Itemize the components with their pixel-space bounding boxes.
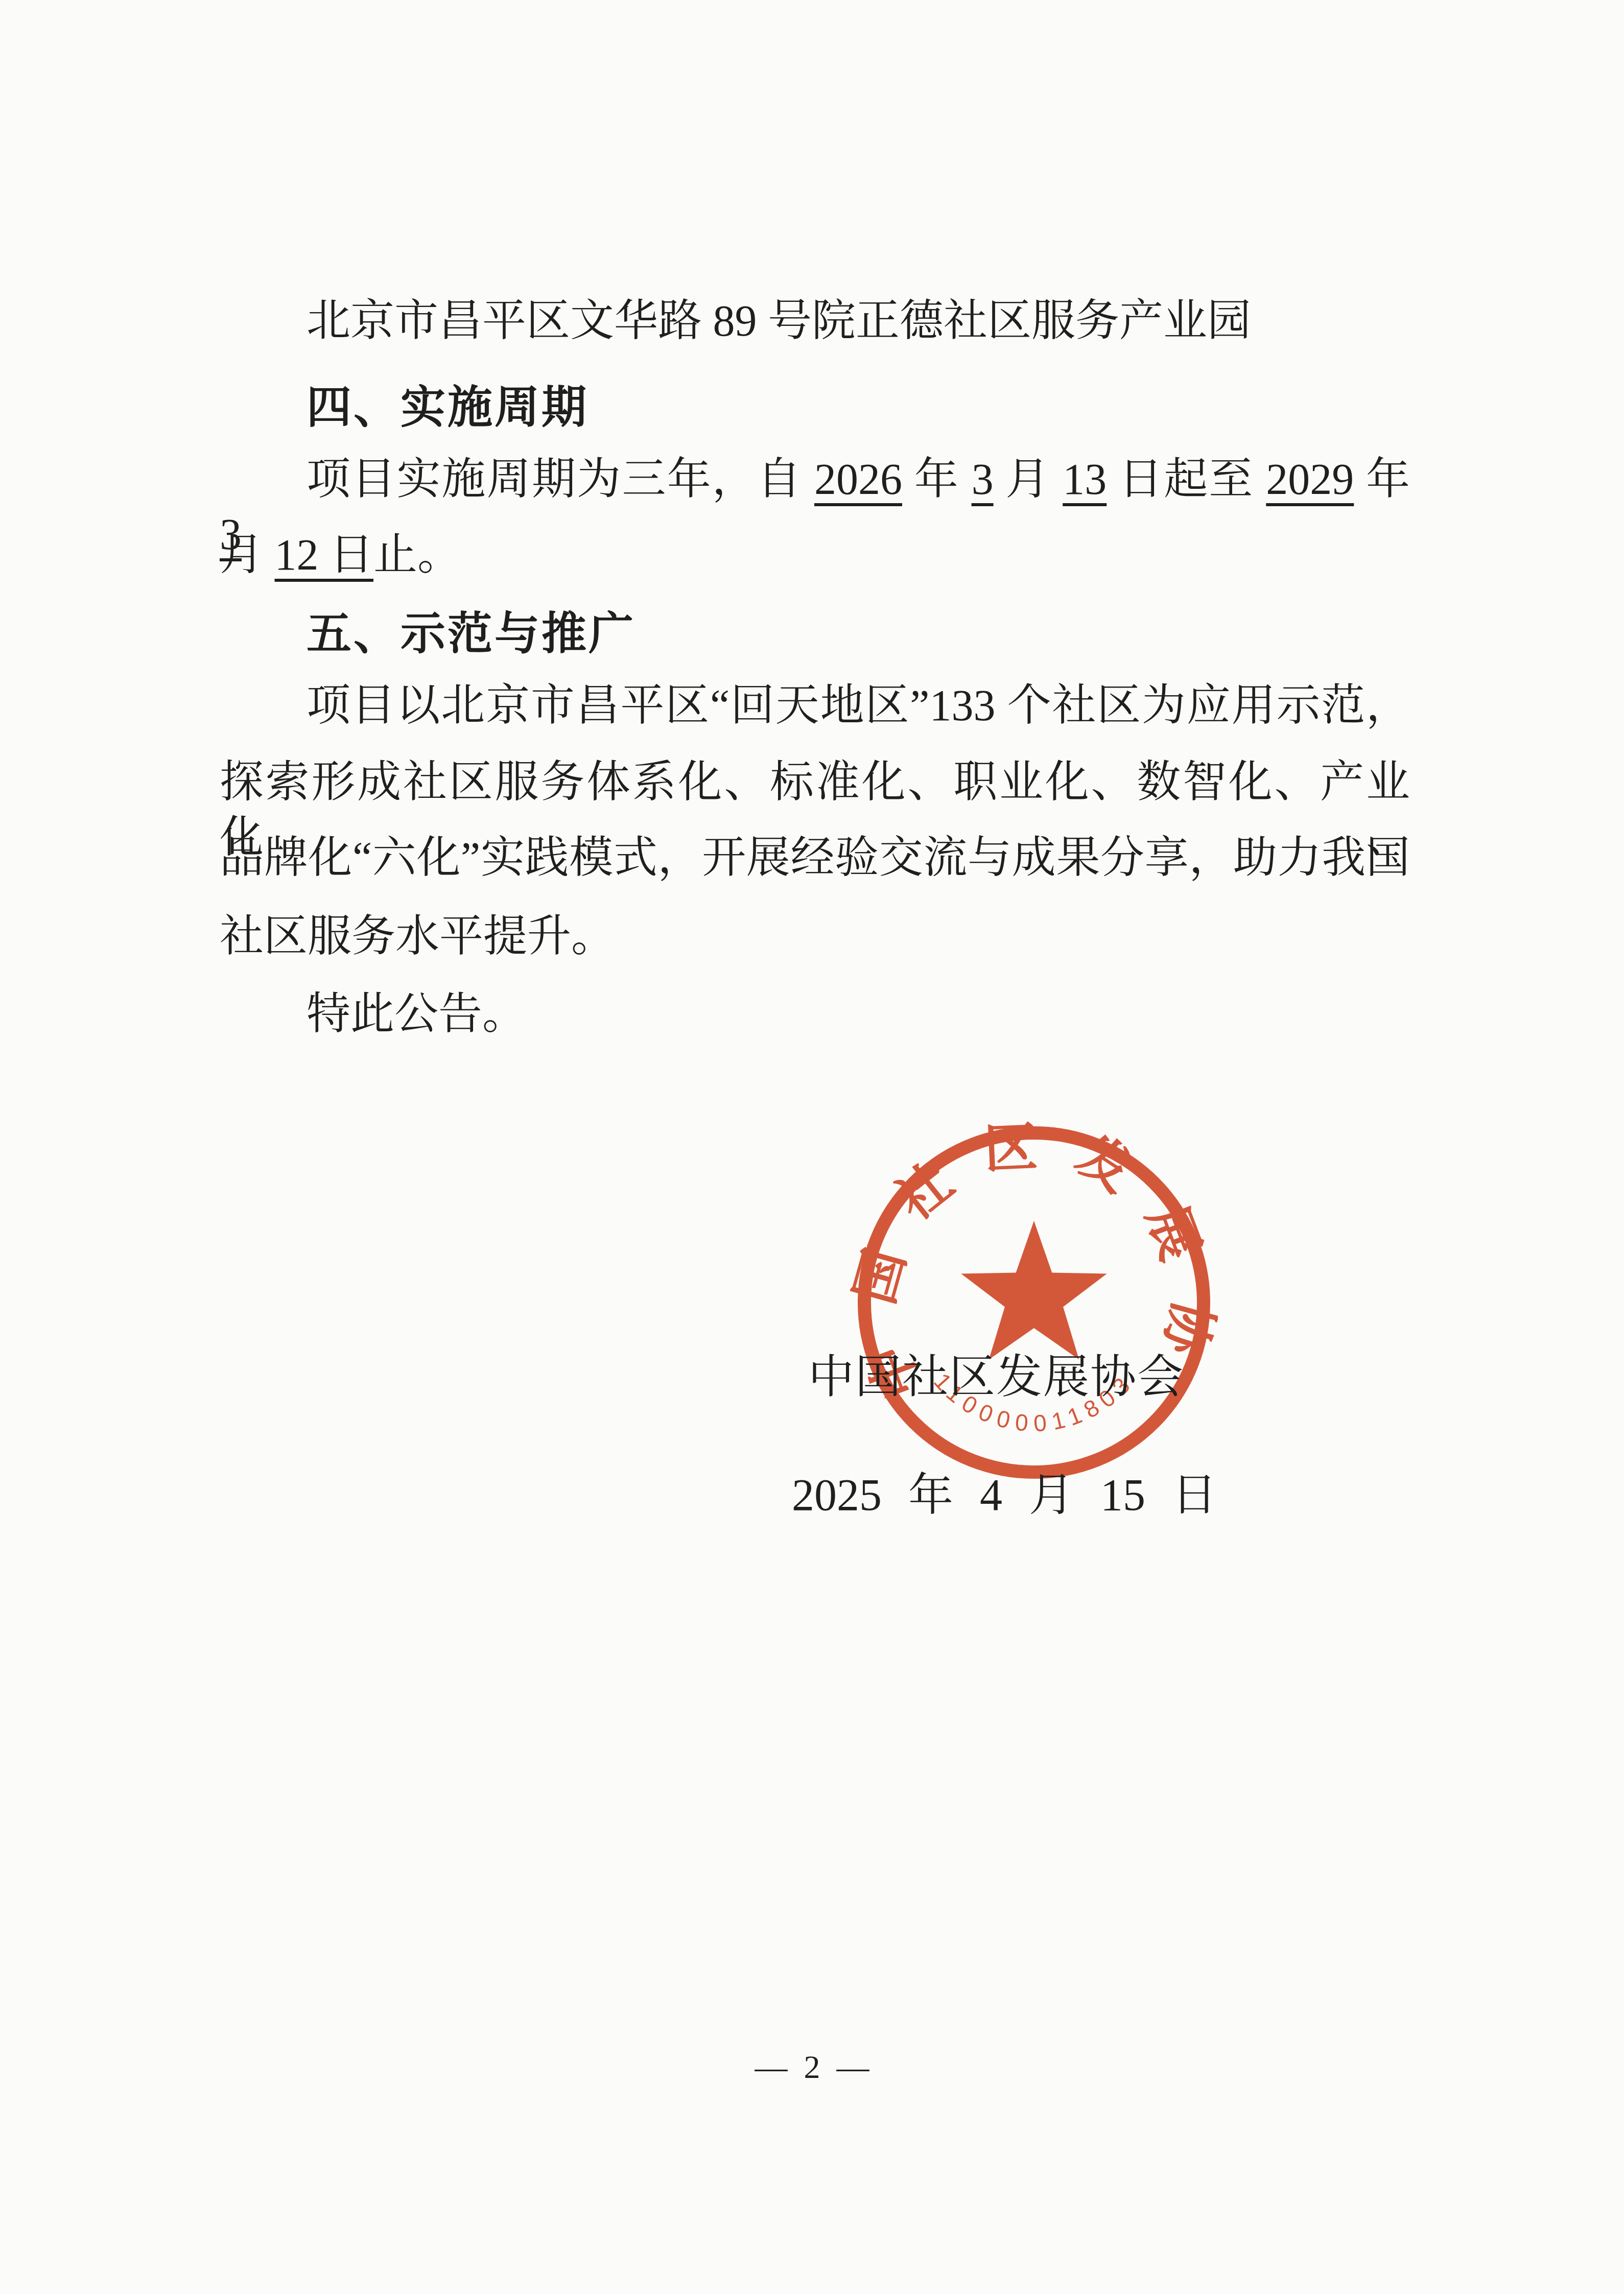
period-text: 年 [902, 455, 972, 504]
period-text: 年 [1354, 455, 1421, 504]
period-end-year: 2029 [1266, 455, 1354, 504]
signature-date: 2025 年 4 月 15 日 [792, 1459, 1217, 1523]
period-text: 月 [220, 530, 275, 579]
official-seal-graphic: 中国社区发展协会 1100000118034 [850, 1119, 1218, 1486]
promo-line-4: 社区服务水平提升。 [220, 909, 1410, 964]
section-5-heading: 五、示范与推广 [220, 605, 1410, 661]
document-page: 北京市昌平区文华路 89 号院正德社区服务产业园 四、实施周期 项目实施周期为三… [0, 0, 1624, 2294]
period-text: 项目实施周期为三年，自 [307, 455, 814, 504]
section-4-heading: 四、实施周期 [220, 379, 1410, 435]
promo-line-1: 项目以北京市昌平区“回天地区”133 个社区为应用示范， [220, 678, 1410, 734]
signature-org-name: 中国社区发展协会 [808, 1339, 1184, 1406]
official-seal: 中国社区发展协会 1100000118034 [850, 1119, 1218, 1486]
period-start-year: 2026 [814, 455, 902, 504]
period-end-day: 12 日 [275, 530, 374, 579]
period-start-month: 3 [972, 455, 994, 504]
seal-star-icon [961, 1221, 1107, 1359]
period-line-2: 月 12 日止。 [220, 528, 1410, 583]
closing-statement: 特此公告。 [220, 987, 1410, 1042]
address-line: 北京市昌平区文华路 89 号院正德社区服务产业园 [220, 294, 1410, 349]
period-text: 月 [994, 455, 1063, 504]
promo-line-3: 品牌化“六化”实践模式，开展经验交流与成果分享，助力我国 [220, 831, 1410, 886]
page-number: — 2 — [0, 2048, 1624, 2086]
period-start-day: 13 [1063, 455, 1107, 504]
period-text: 止。 [373, 530, 461, 579]
period-text: 日起至 [1107, 455, 1266, 504]
